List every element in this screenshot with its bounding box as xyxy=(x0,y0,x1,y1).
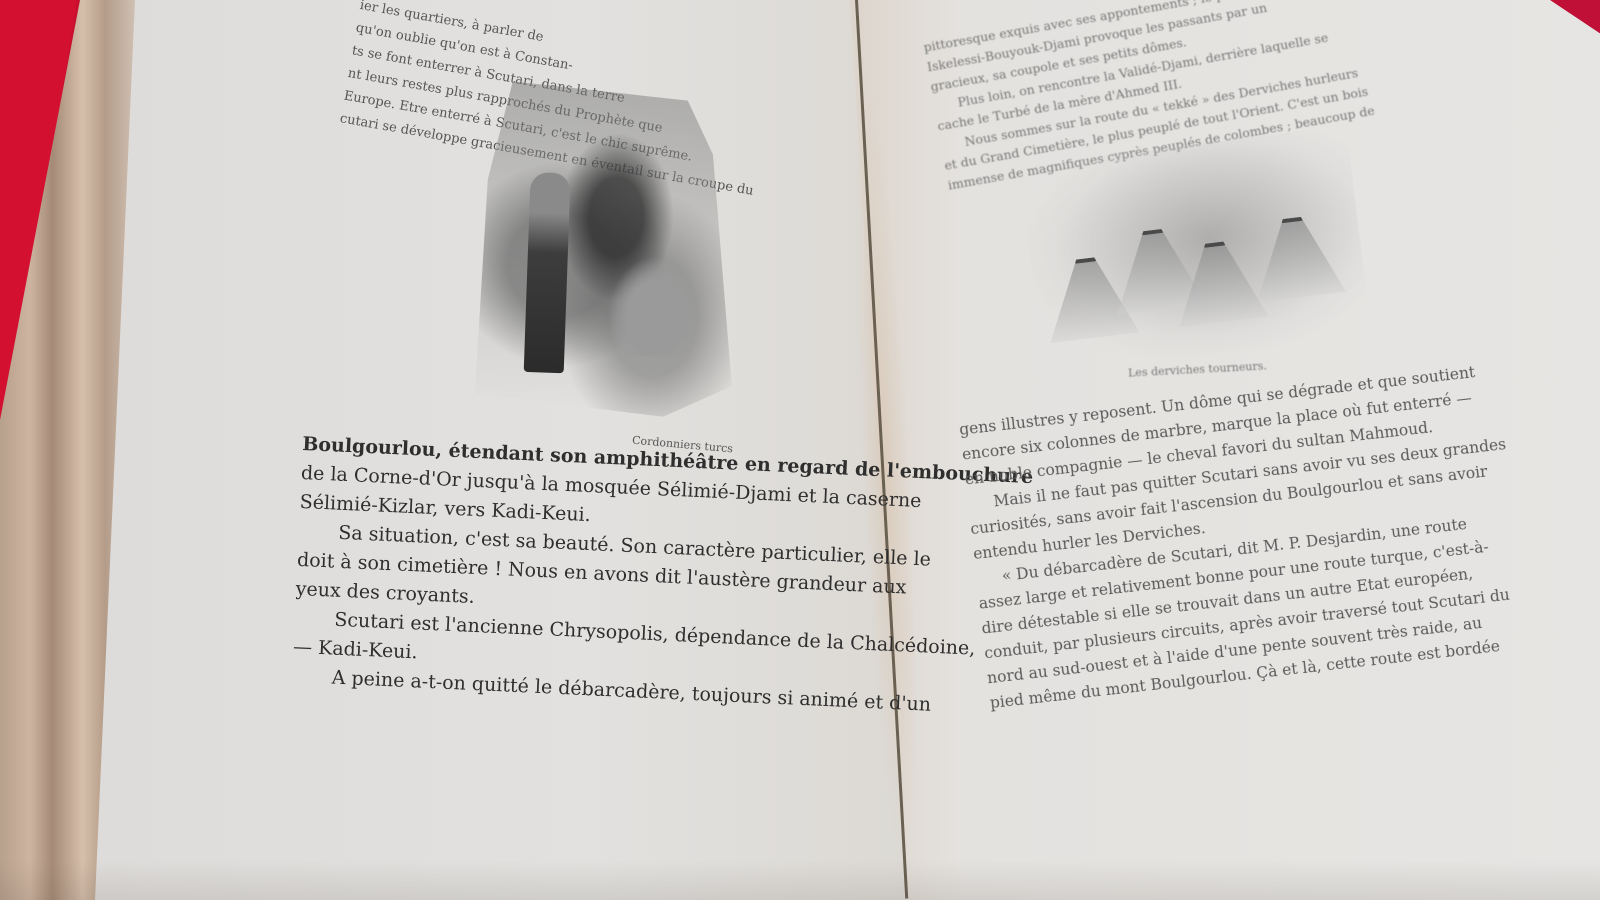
bottom-shadow xyxy=(0,860,1600,900)
seated-figure xyxy=(606,255,699,358)
left-page-body: Boulgourlou, étendant son amphithéâtre e… xyxy=(291,430,1034,724)
illustration-whirling-dervishes xyxy=(1018,126,1371,375)
open-book-photo: ier les quartiers, à parler de qu'on oub… xyxy=(0,0,1600,900)
right-page-body: gens illustres y reposent. Un dôme qui s… xyxy=(958,358,1530,717)
standing-man-figure xyxy=(524,172,571,373)
dervish-figure xyxy=(1247,212,1346,302)
